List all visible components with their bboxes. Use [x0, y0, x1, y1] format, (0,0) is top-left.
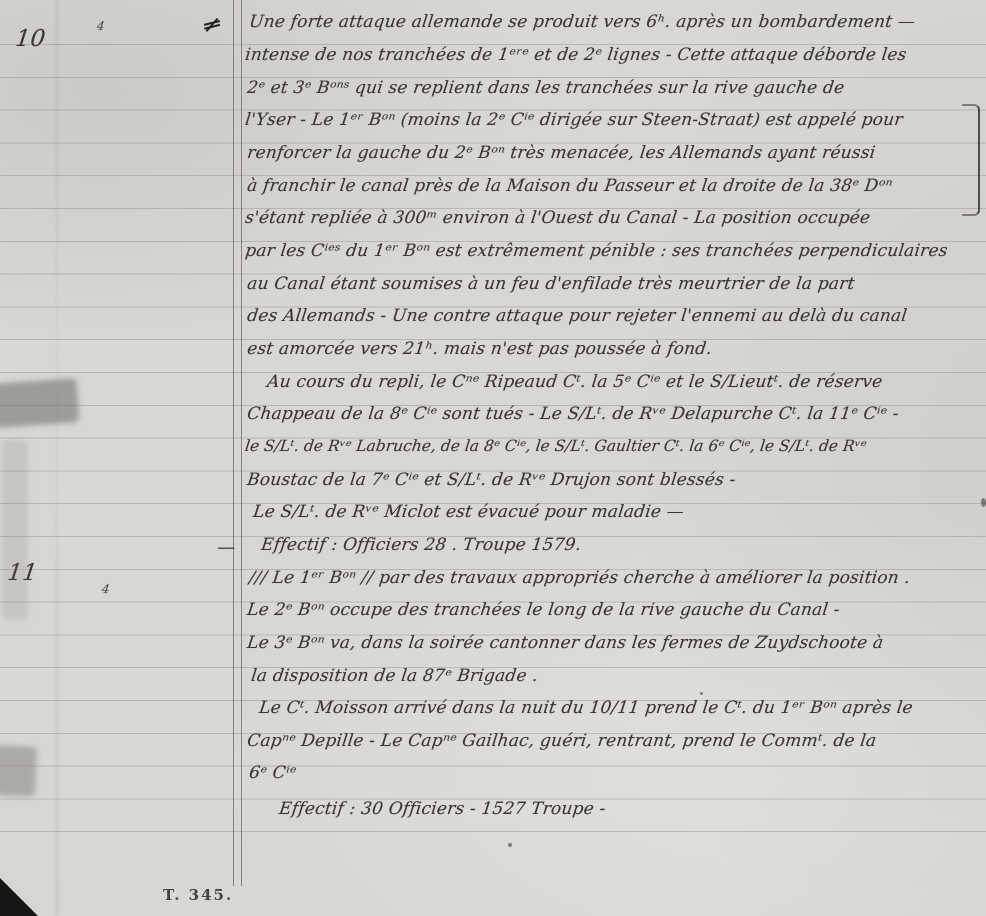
journal-line: intense de nos tranchées de 1ᵉʳᵉ et de 2… — [244, 45, 908, 65]
journal-line: Le Cᵗ. Moisson arrivé dans la nuit du 10… — [258, 698, 914, 718]
ink-smudge — [0, 378, 79, 428]
journal-line: Effectif : 30 Officiers - 1527 Troupe - — [278, 799, 607, 819]
journal-line: Boustac de la 7ᵉ Cⁱᵉ et S/Lᵗ. de Rᵛᵉ Dru… — [246, 470, 737, 490]
journal-line: Au cours du repli, le Cⁿᵉ Ripeaud Cᵗ. la… — [266, 372, 884, 392]
margin-bracket — [962, 104, 980, 216]
journal-line: Le 3ᵉ Bᵒⁿ va, dans la soirée cantonner d… — [246, 633, 885, 653]
journal-line: Effectif : Officiers 28 . Troupe 1579. — [260, 535, 582, 555]
journal-line: le S/Lᵗ. de Rᵛᵉ Labruche, de la 8ᵉ Cⁱᵉ, … — [244, 437, 868, 455]
journal-line: Chappeau de la 8ᵉ Cⁱᵉ sont tués - Le S/L… — [246, 404, 900, 424]
paper-speck — [508, 843, 512, 847]
journal-line: Capⁿᵉ Depille - Le Capⁿᵉ Gailhac, guéri,… — [246, 731, 878, 751]
journal-line: l'Yser - Le 1ᵉʳ Bᵒⁿ (moins la 2ᵉ Cⁱᵉ dir… — [244, 110, 904, 130]
journal-line: Le S/Lᵗ. de Rᵛᵉ Miclot est évacué pour m… — [252, 502, 685, 522]
journal-line: /// Le 1ᵉʳ Bᵒⁿ // par des travaux approp… — [248, 568, 911, 588]
journal-line: la disposition de la 87ᵉ Brigade . — [250, 666, 539, 686]
margin-rule — [233, 0, 242, 886]
paper-speck — [981, 498, 986, 507]
journal-line: est amorcée vers 21ʰ. mais n'est pas pou… — [246, 339, 713, 359]
journal-line: à franchir le canal près de la Maison du… — [246, 176, 894, 196]
journal-line: par les Cⁱᵉˢ du 1ᵉʳ Bᵒⁿ est extrêmement … — [244, 241, 949, 261]
journal-line: des Allemands - Une contre attaque pour … — [246, 306, 908, 326]
plate-number: T. 345. — [163, 886, 233, 904]
month-squiggle: 4 — [101, 582, 111, 596]
effectif-dash: — — [216, 537, 237, 558]
ink-smudge — [0, 745, 37, 797]
paper-crease — [56, 0, 58, 916]
day-number: 10 — [14, 26, 47, 52]
journal-line: renforcer la gauche du 2ᵉ Bᵒⁿ très menac… — [246, 143, 877, 163]
journal-line: au Canal étant soumises à un feu d'enfil… — [246, 274, 856, 294]
journal-line: Le 2ᵉ Bᵒⁿ occupe des tranchées le long d… — [246, 600, 841, 620]
month-squiggle: 4 — [96, 19, 106, 33]
scan-corner-artifact — [0, 878, 38, 916]
paper-speck — [700, 692, 703, 695]
margin-cross-mark-icon: ≠ — [201, 12, 223, 38]
journal-line: 6ᵉ Cⁱᵉ — [248, 763, 297, 783]
journal-line: s'étant repliée à 300ᵐ environ à l'Ouest… — [244, 208, 872, 228]
journal-line: 2ᵉ et 3ᵉ Bᵒⁿˢ qui se replient dans les t… — [246, 78, 846, 98]
paper-shadow — [2, 440, 28, 620]
journal-page: 10 4 ≠ 11 4 — Une forte attaque allemand… — [0, 0, 986, 916]
journal-line: Une forte attaque allemande se produit v… — [248, 12, 916, 32]
